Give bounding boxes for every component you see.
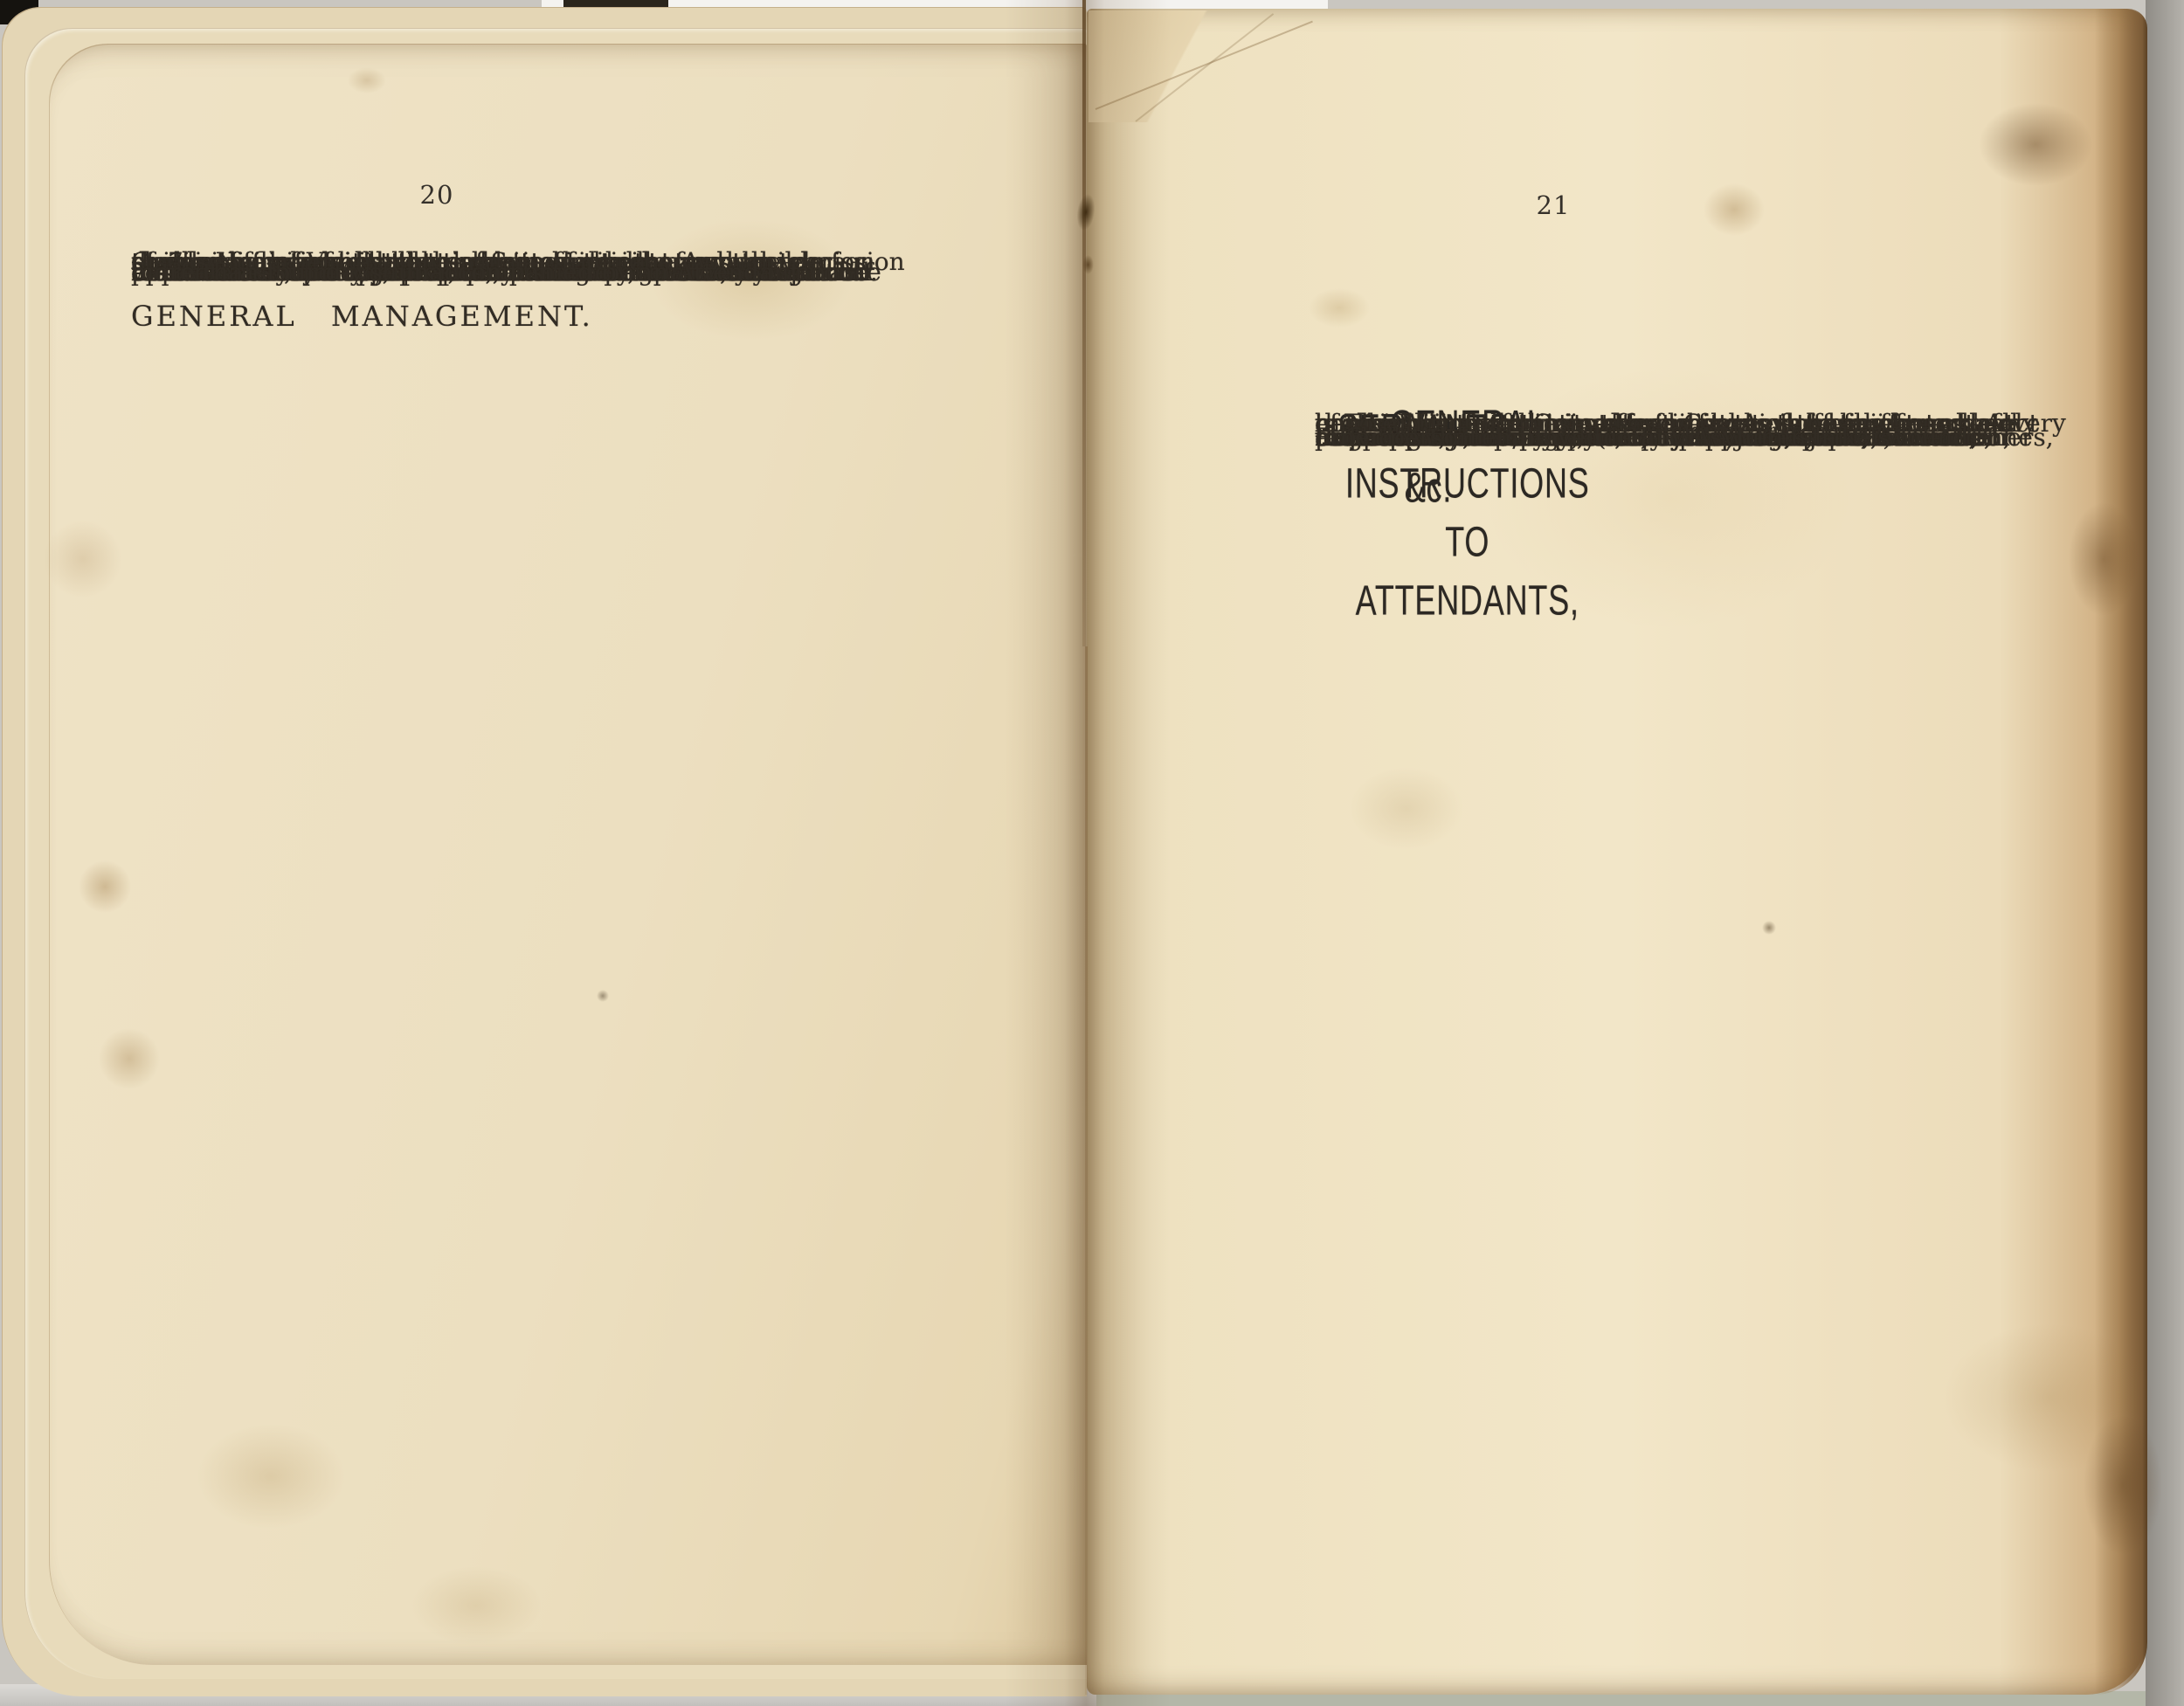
book-scan-page-spread: 20 21 7.—His wife shall have charge of t… xyxy=(0,0,2184,1706)
page-number-right: 21 xyxy=(1514,190,1593,220)
text-line: more than four days, unaccompanied by an… xyxy=(131,253,807,292)
right-page-stains xyxy=(1092,0,2184,1706)
section-heading: GENERAL MANAGEMENT. xyxy=(131,297,593,335)
page-number-left: 20 xyxy=(397,180,476,210)
text-line: other person employed in any Asylum, str… xyxy=(1315,418,1976,457)
